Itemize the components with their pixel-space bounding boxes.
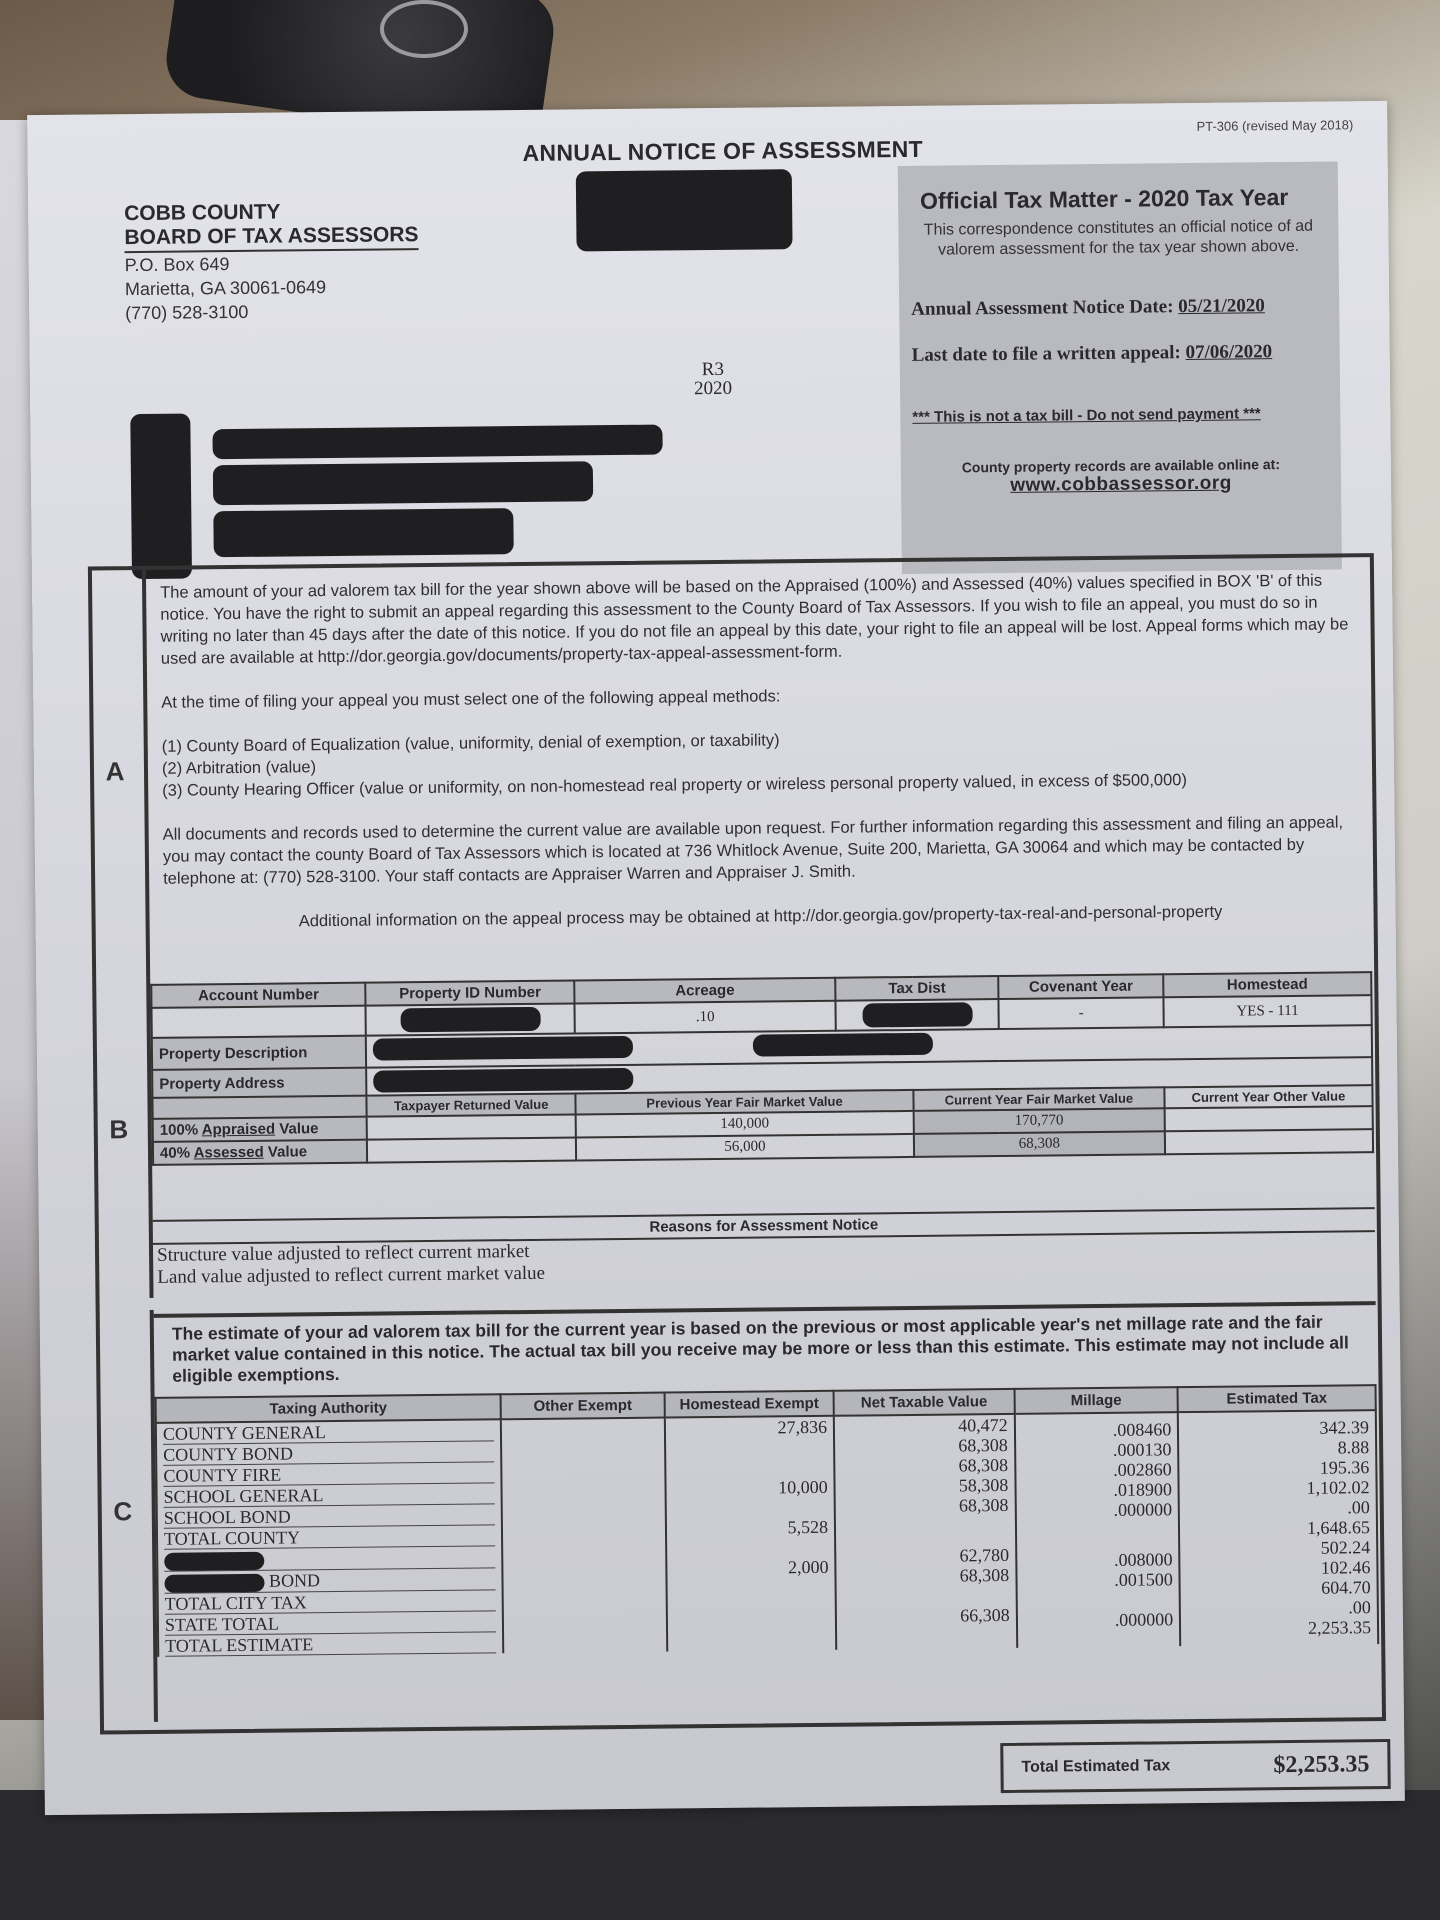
col-taxing-authority: Taxing Authority [156,1394,502,1423]
appeal-date-line: Last date to file a written appeal: 07/0… [912,341,1328,367]
estimated-tax-value: 1,102.02 [1186,1477,1370,1499]
official-heading: Official Tax Matter - 2020 Tax Year [910,184,1326,215]
net-taxable-value: 68,308 [842,1495,1009,1517]
reasons-block: Reasons for Assessment Notice Structure … [153,1207,1376,1289]
value-header-blank [152,1096,366,1119]
millage-value: .000000 [1022,1499,1172,1521]
section-c-estimate: The estimate of your ad valorem tax bill… [154,1301,1380,1657]
assessed-other [1165,1129,1373,1154]
section-a-appeal-info: The amount of your ad valorem tax bill f… [146,559,1372,976]
homestead-exempt-list: 27,83610,0005,5282,000 [665,1416,837,1652]
col-acreage: Acreage [574,978,835,1004]
millage-value: .001500 [1023,1569,1173,1591]
col-current-other: Current Year Other Value [1164,1085,1372,1108]
sender-block: COBB COUNTY BOARD OF TAX ASSESSORS P.O. … [124,199,419,325]
total-estimated-tax-box: Total Estimated Tax $2,253.35 [1000,1739,1391,1793]
col-covenant-year: Covenant Year [999,974,1164,999]
section-a-letter: A [90,756,140,788]
net-taxable-value: 58,308 [842,1475,1009,1497]
redacted-address-line1 [213,461,593,505]
assessor-website-link[interactable]: www.cobbassessor.org [913,472,1329,498]
not-a-bill-notice: *** This is not a tax bill - Do not send… [912,405,1328,426]
total-estimated-tax-label: Total Estimated Tax [1021,1757,1170,1777]
tax-dist-value [835,999,999,1031]
official-tax-matter-box: Official Tax Matter - 2020 Tax Year This… [898,161,1342,574]
section-a-gutter: A [88,566,150,979]
covenant-year-value: - [999,997,1164,1029]
col-current-fmv: Current Year Fair Market Value [913,1087,1164,1111]
taxing-authority: TOTAL ESTIMATE [165,1632,497,1656]
appeal-date-label: Last date to file a written appeal: [912,342,1181,366]
additional-info-line: Additional information on the appeal pro… [163,899,1357,934]
estimated-tax-value: 102.46 [1187,1557,1371,1579]
appraised-current: 170,770 [914,1108,1165,1134]
acreage-value: .10 [575,1001,836,1034]
col-homestead: Homestead [1163,972,1371,997]
account-number-value [151,1006,366,1038]
homestead-exempt-value: 2,000 [673,1557,828,1579]
col-millage: Millage [1014,1387,1178,1414]
estimate-intro: The estimate of your ad valorem tax bill… [154,1305,1377,1393]
other-exempt-list [501,1418,667,1653]
millage-value: .008000 [1023,1549,1173,1571]
appeal-methods-intro: At the time of filing your appeal you mu… [161,679,1355,714]
section-b-letter: B [94,1114,144,1146]
homestead-exempt-value: 10,000 [672,1477,827,1499]
estimated-tax-value: 195.36 [1186,1457,1370,1479]
estimated-tax-value: 1,648.65 [1186,1517,1370,1539]
org-name-line1: COBB COUNTY [124,199,418,226]
assessment-notice-document: PT-306 (revised May 2018) ANNUAL NOTICE … [27,101,1405,1815]
net-taxable-value: 40,472 [841,1415,1008,1437]
redacted-mailing-marker [130,413,192,579]
assessed-previous: 56,000 [576,1134,914,1161]
net-taxable-value: 68,308 [843,1565,1010,1587]
property-address-label: Property Address [152,1068,367,1098]
notice-date-label: Annual Assessment Notice Date: [911,296,1174,320]
net-taxable-list: 40,47268,30868,30858,30868,30862,78068,3… [834,1414,1017,1650]
col-net-taxable: Net Taxable Value [834,1389,1015,1416]
net-taxable-value: 66,308 [843,1605,1010,1627]
estimated-tax-value: 342.39 [1185,1417,1369,1439]
toyota-logo-icon [380,0,468,58]
total-estimated-tax-value: $2,253.35 [1273,1751,1369,1779]
appeal-methods-list: (1) County Board of Equalization (value,… [162,723,1357,801]
redacted-owner-id [576,169,793,251]
homestead-exempt-value: 5,528 [673,1517,828,1539]
org-po-box: P.O. Box 649 [125,250,419,277]
org-city-state-zip: Marietta, GA 30061-0649 [125,274,419,301]
net-taxable-value: 62,780 [842,1545,1009,1567]
form-code: PT-306 (revised May 2018) [1196,117,1353,134]
section-c-gutter: C [96,1310,158,1723]
property-info-table: Account Number Property ID Number Acreag… [150,971,1374,1166]
property-id-value [366,1003,575,1035]
millage-value: .018900 [1022,1479,1172,1501]
millage-list: .008460.000130.002860.018900.000000.0080… [1015,1412,1181,1647]
net-taxable-value: 68,308 [841,1435,1008,1457]
millage-value: .008460 [1022,1419,1172,1441]
route-year: 2020 [694,379,732,398]
section-b-gutter: B [92,978,153,1299]
route-code: R3 2020 [694,360,732,398]
col-taxpayer-returned: Taxpayer Returned Value [367,1093,576,1116]
taxing-authority-list: COUNTY GENERALCOUNTY BONDCOUNTY FIRESCHO… [156,1419,504,1656]
appraised-other [1165,1106,1373,1131]
col-tax-dist: Tax Dist [835,976,999,1001]
net-taxable-value: 68,308 [841,1455,1008,1477]
estimated-tax-list: 342.398.88195.361,102.02.001,648.65502.2… [1178,1410,1378,1646]
homestead-value: YES - 111 [1163,995,1371,1027]
appeal-date: 07/06/2020 [1185,341,1272,363]
redacted-address-line2 [213,508,513,557]
estimated-tax-value: .00 [1186,1497,1370,1519]
appeal-rights-paragraph: The amount of your ad valorem tax bill f… [160,569,1355,669]
estimated-tax-value: 8.88 [1185,1437,1369,1459]
millage-value: .002860 [1022,1459,1172,1481]
col-account-number: Account Number [151,983,365,1008]
redacted-owner-name [212,425,662,460]
appraised-label: 100% Appraised Value [153,1117,367,1142]
estimated-tax-value: 502.24 [1186,1537,1370,1559]
appraised-taxpayer [367,1114,576,1139]
col-homestead-exempt: Homestead Exempt [664,1391,834,1418]
assessed-current: 68,308 [914,1131,1165,1157]
document-title: ANNUAL NOTICE OF ASSESSMENT [522,136,923,167]
estimated-tax-value: 604.70 [1187,1577,1371,1599]
org-name-line2: BOARD OF TAX ASSESSORS [124,223,418,253]
route-code-value: R3 [694,360,732,379]
contact-paragraph: All documents and records used to determ… [163,811,1358,889]
assessed-taxpayer [367,1137,576,1162]
property-description-label: Property Description [152,1036,367,1070]
col-property-id: Property ID Number [365,980,574,1005]
homestead-exempt-value: 27,836 [672,1417,827,1439]
millage-value: .000130 [1022,1439,1172,1461]
section-c-letter: C [98,1496,148,1528]
notice-date: 05/21/2020 [1178,295,1265,317]
official-subtext: This correspondence constitutes an offic… [910,217,1326,261]
millage-value: .000000 [1024,1609,1174,1631]
estimated-tax-value: .00 [1187,1597,1371,1619]
assessed-label: 40% Assessed Value [153,1140,367,1165]
tax-estimate-table: Taxing Authority Other Exempt Homestead … [155,1384,1380,1657]
col-other-exempt: Other Exempt [501,1393,665,1420]
estimated-tax-value: 2,253.35 [1187,1617,1371,1639]
notice-date-line: Annual Assessment Notice Date: 05/21/202… [911,295,1327,321]
col-estimated-tax: Estimated Tax [1178,1385,1376,1412]
org-phone: (770) 528-3100 [125,298,419,325]
tax-body-row: COUNTY GENERALCOUNTY BONDCOUNTY FIRESCHO… [156,1410,1378,1657]
